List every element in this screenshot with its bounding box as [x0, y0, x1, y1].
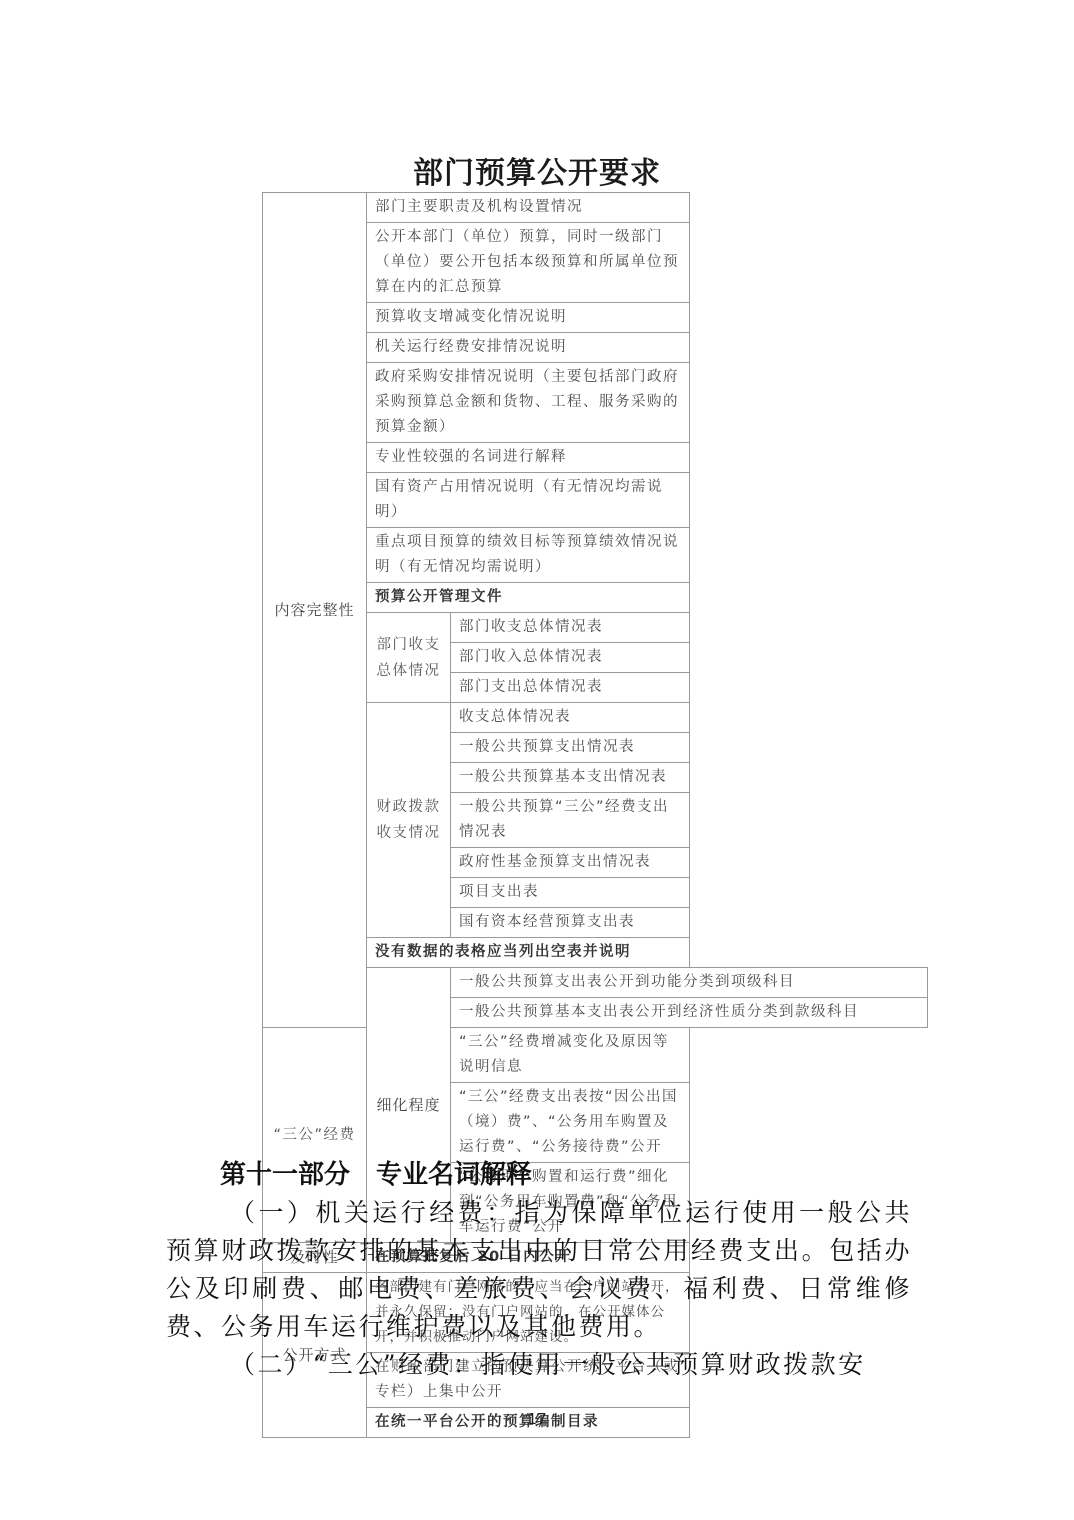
table-cell: 项目支出表 [451, 878, 690, 908]
paragraph: （二）“三公”经费：指使用一般公共预算财政拨款安 [166, 1346, 912, 1384]
table-cell: 一般公共预算“三公”经费支出情况表 [451, 793, 690, 848]
table-cell: 国有资产占用情况说明（有无情况均需说明） [367, 473, 690, 528]
subcategory-fiscal-appropriation: 财政拨款收支情况 [367, 703, 451, 938]
table-cell: 预算收支增减变化情况说明 [367, 303, 690, 333]
table-cell: 部门主要职责及机构设置情况 [367, 193, 690, 223]
table-cell-bold: 预算公开管理文件 [367, 583, 690, 613]
category-content-completeness: 内容完整性 [263, 193, 367, 1028]
paragraph: （一）机关运行经费：指为保障单位运行使用一般公共预算财政拨款安排的基本支出中的日… [166, 1194, 912, 1346]
subcategory-dept-overall: 部门收支总体情况 [367, 613, 451, 703]
table-cell: 专业性较强的名词进行解释 [367, 443, 690, 473]
table-cell: 重点项目预算的绩效目标等预算绩效情况说明（有无情况均需说明） [367, 528, 690, 583]
table-cell-bold: 没有数据的表格应当列出空表并说明 [367, 938, 690, 968]
table-cell: 一般公共预算基本支出情况表 [451, 763, 690, 793]
table-cell: “三公”经费增减变化及原因等说明信息 [451, 1028, 690, 1083]
table-cell: 一般公共预算支出情况表 [451, 733, 690, 763]
table-cell: 部门收支总体情况表 [451, 613, 690, 643]
table-title: 部门预算公开要求 [0, 148, 1074, 192]
table-cell: 一般公共预算支出表公开到功能分类到项级科目 [451, 968, 928, 998]
table-cell: 部门支出总体情况表 [451, 673, 690, 703]
table-cell: 机关运行经费安排情况说明 [367, 333, 690, 363]
page-number: 17 [0, 1410, 1074, 1428]
table-row: “三公”经费 “三公”经费增减变化及原因等说明信息 [263, 1028, 928, 1083]
table-cell: 公开本部门（单位）预算，同时一级部门（单位）要公开包括本级预算和所属单位预算在内… [367, 223, 690, 303]
table-cell: “三公”经费支出表按“因公出国（境）费”、“公务用车购置及运行费”、“公务接待费… [451, 1083, 690, 1163]
table-cell: 一般公共预算基本支出表公开到经济性质分类到款级科目 [451, 998, 928, 1028]
table-row: 内容完整性 部门主要职责及机构设置情况 [263, 193, 928, 223]
table-cell: 国有资本经营预算支出表 [451, 908, 690, 938]
table-cell: 政府性基金预算支出情况表 [451, 848, 690, 878]
table-cell: 政府采购安排情况说明（主要包括部门政府采购预算总金额和货物、工程、服务采购的预算… [367, 363, 690, 443]
section-heading: 第十一部分 专业名词解释 [220, 1154, 532, 1191]
table-cell: 部门收入总体情况表 [451, 643, 690, 673]
table-cell: 收支总体情况表 [451, 703, 690, 733]
